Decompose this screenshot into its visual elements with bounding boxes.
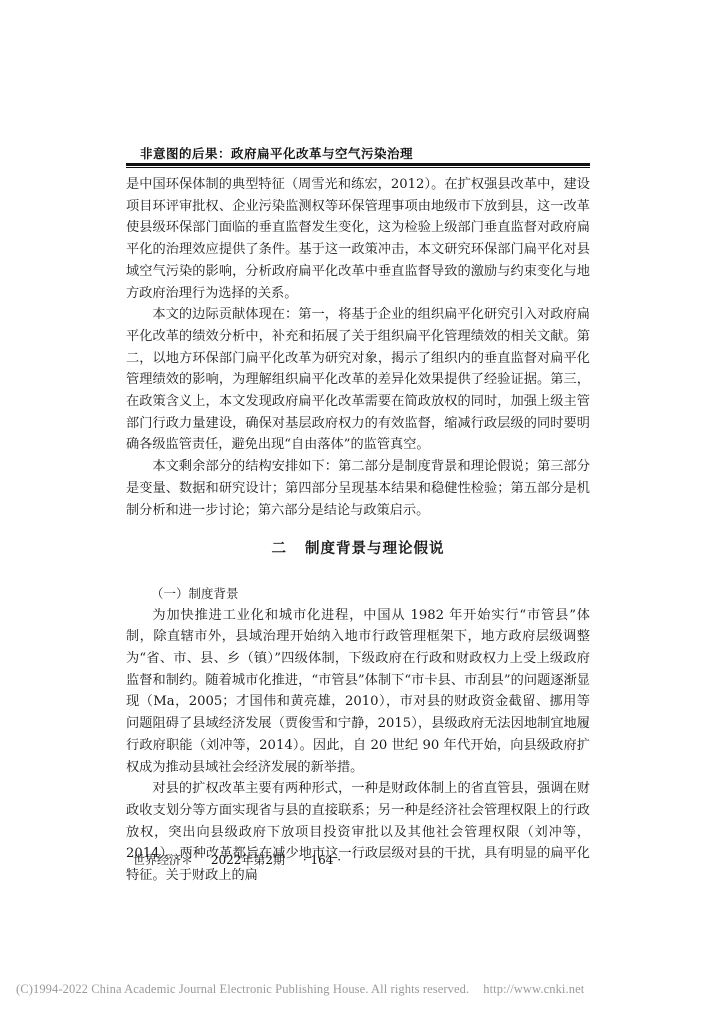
section-heading: 二制度背景与理论假说 (126, 539, 590, 561)
paragraph-2: 本文的边际贡献体现在：第一，将基于企业的组织扁平化研究引入对政府扁平化改革的绩效… (126, 304, 590, 456)
header-rule (126, 163, 590, 168)
paragraph-1: 是中国环保体制的典型特征（周雪光和练宏，2012）。在扩权强县改革中，建设项目环… (126, 174, 590, 304)
page-footer: 世界经济＊ 2022年第2期 · 164 · (133, 851, 355, 868)
copyright-text: (C)1994-2022 China Academic Journal Elec… (16, 982, 469, 996)
paragraph-5: 对县的扩权改革主要有两种形式，一种是财政体制上的省直管县，强调在财政收支划分等方… (126, 778, 590, 887)
subsection-heading: （一）制度背景 (126, 583, 590, 605)
article-body: 是中国环保体制的典型特征（周雪光和练宏，2012）。在扩权强县改革中，建设项目环… (126, 174, 590, 887)
paragraph-4: 为加快推进工业化和城市化进程，中国从 1982 年开始实行“市管县”体制，除直辖… (126, 605, 590, 779)
issue-label: 2022年第2期 (211, 853, 285, 867)
running-head: 非意图的后果：政府扁平化改革与空气污染治理 (140, 144, 413, 162)
section-title: 制度背景与理论假说 (305, 541, 445, 557)
copyright-notice: (C)1994-2022 China Academic Journal Elec… (16, 982, 584, 997)
copyright-url[interactable]: http://www.cnki.net (483, 982, 584, 996)
paragraph-3: 本文剩余部分的结构安排如下：第二部分是制度背景和理论假说；第三部分是变量、数据和… (126, 456, 590, 521)
journal-name: 世界经济＊ (133, 853, 193, 867)
page-number: · 164 · (303, 853, 341, 867)
section-number: 二 (272, 541, 288, 557)
